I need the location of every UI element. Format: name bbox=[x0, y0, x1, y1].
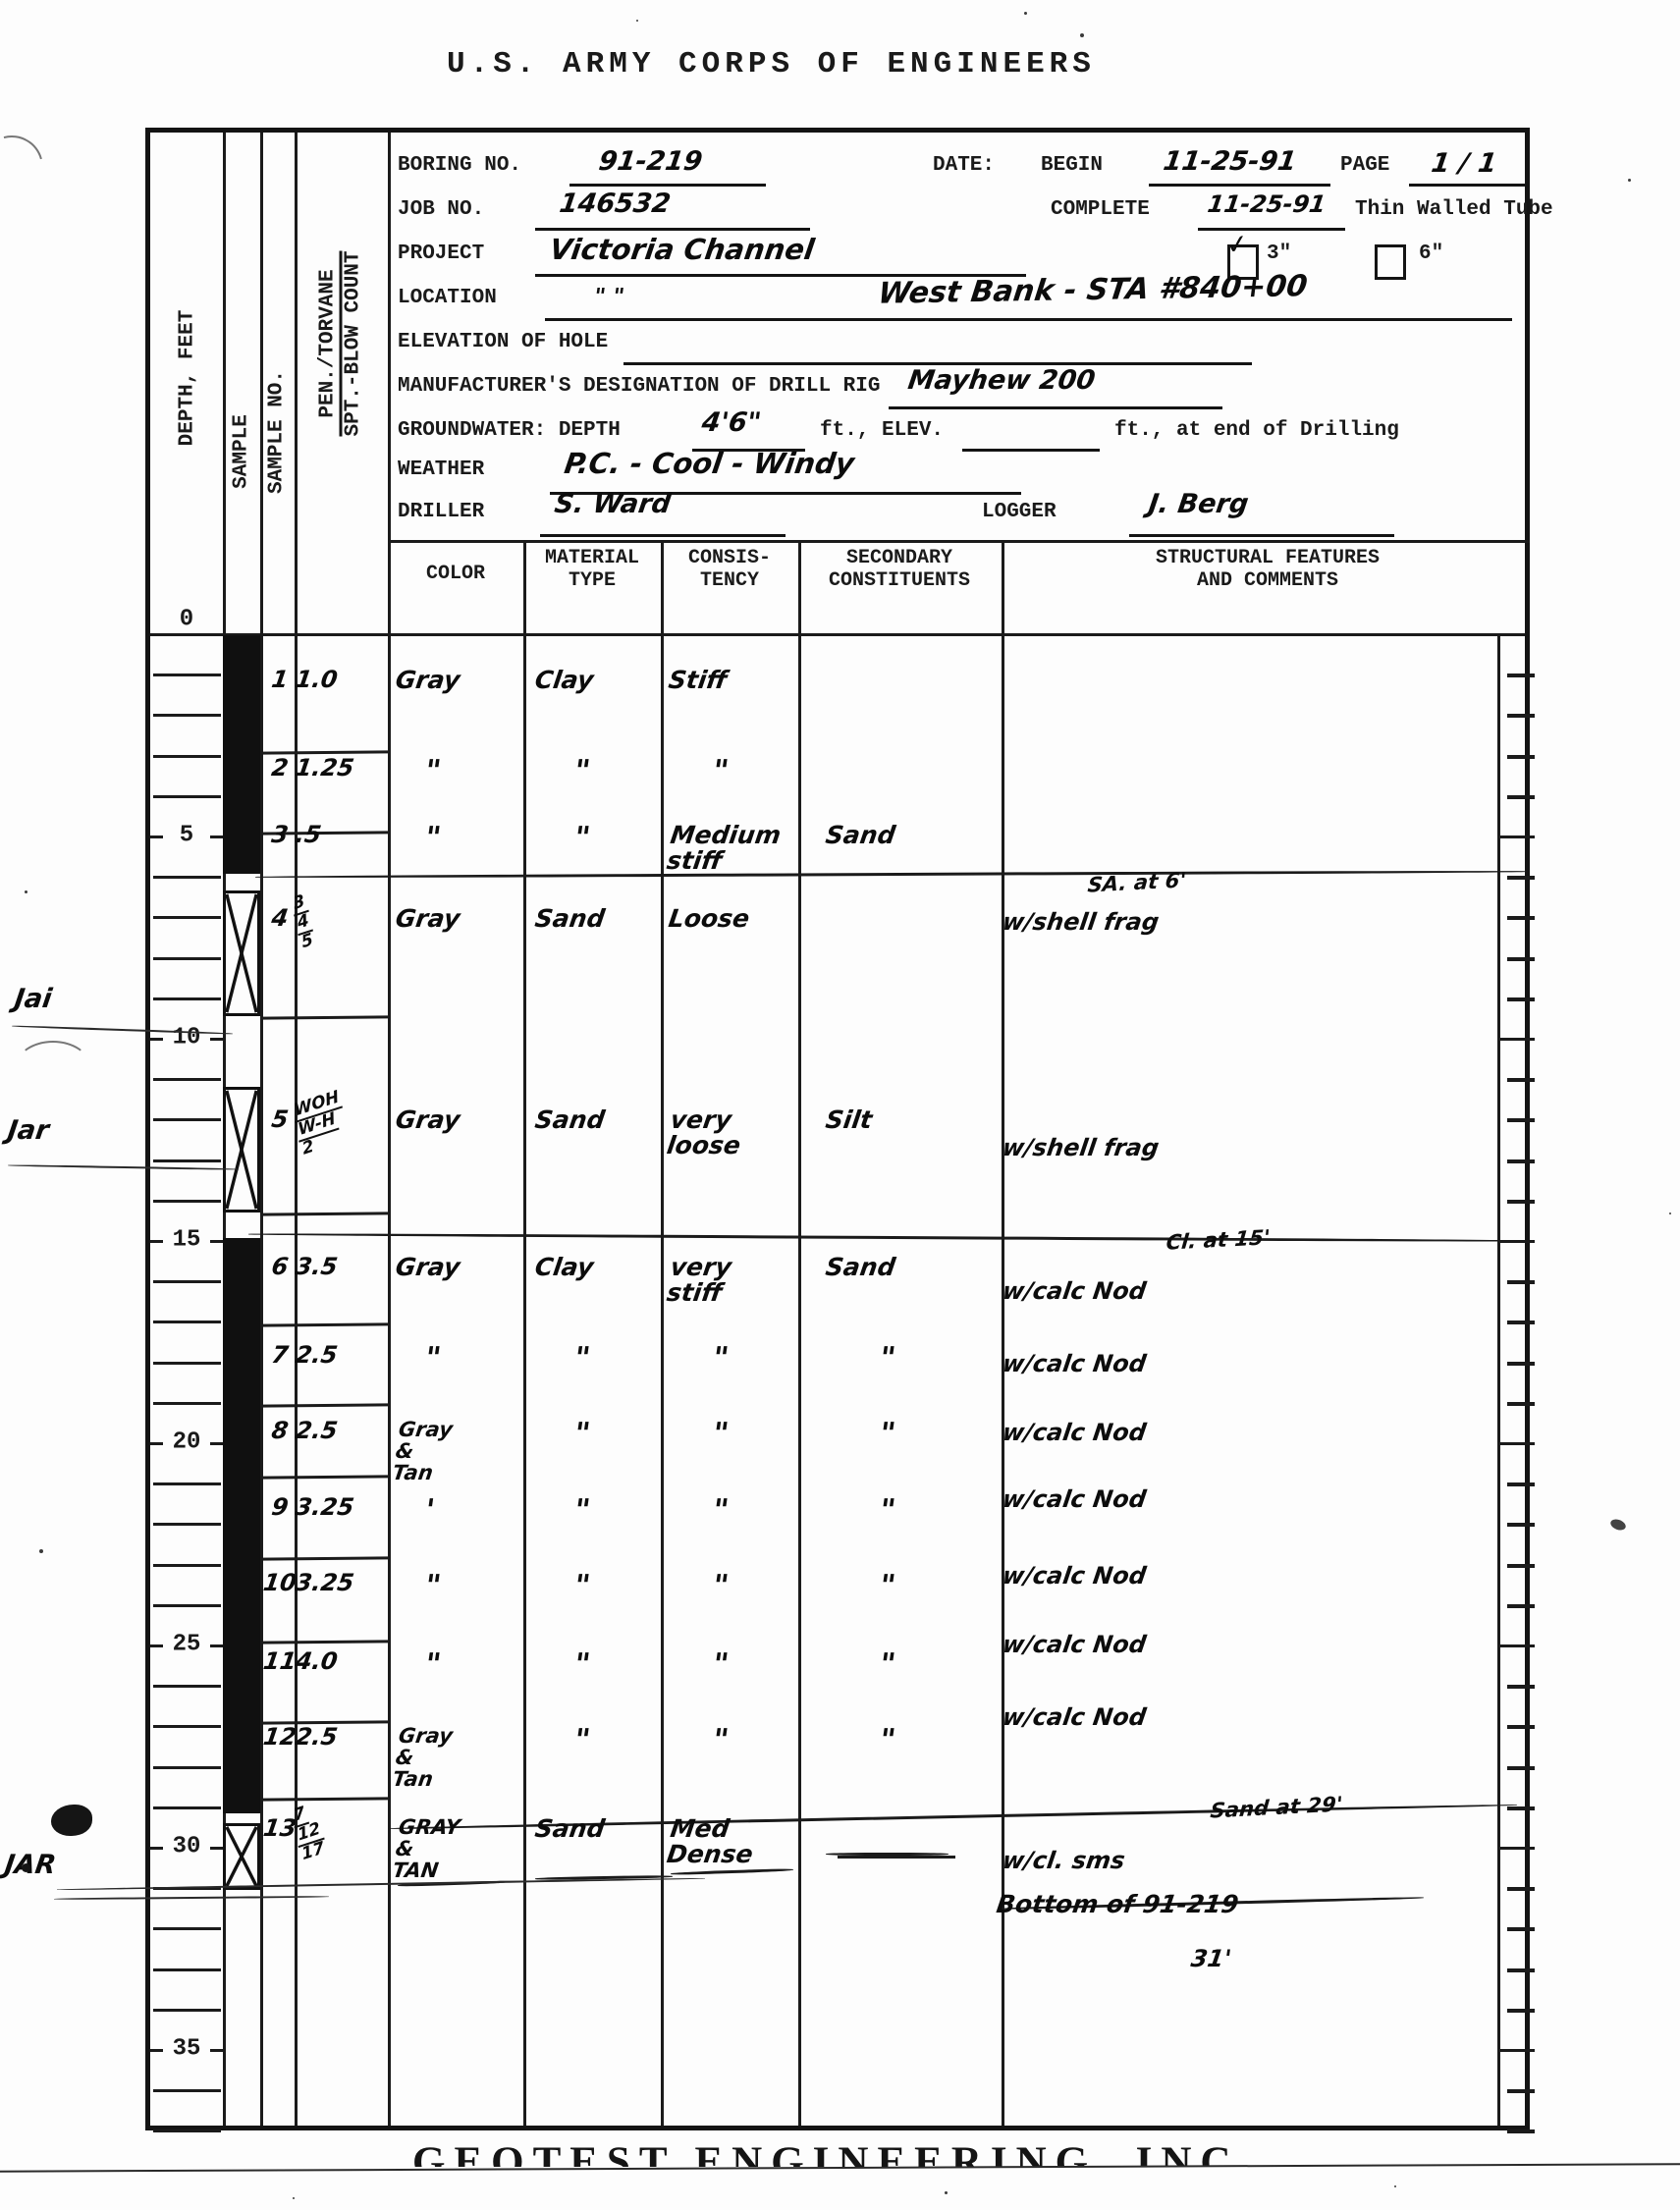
ruler-minor-tick bbox=[1507, 2009, 1535, 2013]
ruler-minor-tick bbox=[1507, 1766, 1535, 1770]
header-row-rule bbox=[388, 540, 1530, 543]
depth-tick-dash bbox=[150, 1847, 163, 1850]
complete-value: 11-25-91 bbox=[1206, 190, 1328, 218]
scan-speck bbox=[1080, 33, 1084, 37]
ruler-major-tick bbox=[1497, 1038, 1535, 1041]
depth-tick bbox=[153, 1927, 221, 1930]
groundwater-label: GROUNDWATER: DEPTH bbox=[398, 419, 621, 442]
header-line-groundwater: GROUNDWATER: DEPTH 4'6" ft., ELEV. ft., … bbox=[388, 419, 1530, 458]
ruler-minor-tick bbox=[1507, 916, 1535, 920]
depth-tick bbox=[153, 1078, 221, 1081]
pencil-arc bbox=[0, 124, 55, 209]
depth-tick bbox=[153, 674, 221, 676]
header-line-rig: MANUFACTURER'S DESIGNATION OF DRILL RIG … bbox=[388, 375, 1530, 414]
sample-cell-rule bbox=[260, 1475, 388, 1479]
pencil-arc bbox=[16, 1041, 90, 1092]
ruler-minor-tick bbox=[1507, 1118, 1535, 1122]
row-secondary: Sand bbox=[824, 823, 985, 848]
depth-tick bbox=[153, 1200, 221, 1203]
row-consistency: " bbox=[667, 1419, 842, 1450]
row-color: Gray bbox=[394, 906, 520, 932]
depth-tick bbox=[153, 1806, 221, 1809]
ruler-minor-tick bbox=[1507, 1280, 1535, 1284]
scan-speck bbox=[1628, 179, 1631, 182]
depth-tick-dash bbox=[210, 1240, 223, 1243]
depth-tick-dash bbox=[210, 835, 223, 838]
strata-line-6ft bbox=[255, 870, 1527, 879]
row-comment: w/calc Nod bbox=[1001, 1487, 1147, 1512]
row-pen-value: 3.25 bbox=[294, 1571, 355, 1595]
row-consistency: " bbox=[667, 1495, 842, 1527]
depth-tick bbox=[153, 1321, 221, 1323]
rig-label: MANUFACTURER'S DESIGNATION OF DRILL RIG bbox=[398, 375, 880, 398]
row-color: Gray & Tan bbox=[391, 1725, 522, 1790]
scan-speck bbox=[293, 2197, 295, 2199]
blowcount-part: 2 bbox=[299, 1138, 318, 1159]
margin-jar-note: Jai bbox=[13, 984, 54, 1014]
column-rule bbox=[1002, 540, 1004, 2126]
ruler-minor-tick bbox=[1507, 1887, 1535, 1891]
ruler-minor-tick bbox=[1507, 1604, 1535, 1608]
column-header-color: COLOR bbox=[426, 563, 485, 585]
sample-x-box bbox=[223, 890, 260, 1016]
depth-tick-dash bbox=[150, 1442, 163, 1445]
ruler-minor-tick bbox=[1507, 2129, 1535, 2133]
sample-cell-rule bbox=[260, 1556, 388, 1560]
row-pen-value: 1.25 bbox=[294, 756, 355, 781]
row-consistency: very stiff bbox=[665, 1255, 799, 1307]
column-header-consistency: CONSIS- TENCY bbox=[688, 547, 771, 592]
depth-tick bbox=[153, 957, 221, 960]
row-comment-total-depth: 31' bbox=[1189, 1947, 1232, 1971]
row-pen-value: .5 bbox=[294, 823, 322, 847]
ruler-minor-tick bbox=[1507, 1321, 1535, 1324]
scan-speck bbox=[1024, 12, 1027, 15]
scan-speck bbox=[1394, 2185, 1396, 2187]
sample-cell-rule bbox=[260, 1640, 388, 1644]
rig-value: Mayhew 200 bbox=[906, 365, 1097, 396]
row-comment: w/shell frag bbox=[1001, 910, 1161, 935]
ruler-column-rule bbox=[1497, 633, 1500, 2126]
ruler-minor-tick bbox=[1507, 1078, 1535, 1082]
sample-cell-rule bbox=[260, 1322, 388, 1326]
row-comment-bottom-of-hole: Bottom of 91-219 bbox=[995, 1892, 1240, 1917]
header-line-driller: DRILLER S. Ward LOGGER J. Berg bbox=[388, 501, 1530, 540]
header-line-boring: BORING NO. 91-219 DATE: BEGIN 11-25-91 P… bbox=[388, 154, 1530, 193]
row-comment: w/shell frag bbox=[1001, 1136, 1161, 1160]
row-comment: w/calc Nod bbox=[1001, 1421, 1147, 1445]
date-label: DATE: bbox=[933, 154, 995, 177]
depth-zero-rule bbox=[150, 633, 1525, 636]
ruler-major-tick bbox=[1497, 1847, 1535, 1850]
row-consistency: " bbox=[667, 1571, 842, 1602]
scan-speck bbox=[945, 2191, 948, 2194]
side-label-sample: SAMPLE bbox=[231, 414, 253, 489]
depth-tick-dash bbox=[150, 835, 163, 838]
elevation-underline bbox=[623, 333, 1252, 365]
ruler-major-tick bbox=[1497, 835, 1535, 838]
sample-x-box bbox=[223, 1823, 260, 1890]
row-color: Gray bbox=[394, 668, 520, 693]
row-color: " bbox=[394, 756, 550, 787]
page-label: PAGE bbox=[1340, 154, 1389, 177]
depth-tick bbox=[153, 714, 221, 717]
depth-tick bbox=[153, 1362, 221, 1365]
ruler-minor-tick bbox=[1507, 1200, 1535, 1204]
thin-walled-tube-label: Thin Walled Tube bbox=[1355, 198, 1553, 221]
row-color: GRAY & TAN bbox=[391, 1816, 522, 1881]
begin-value: 11-25-91 bbox=[1162, 146, 1298, 177]
depth-tick bbox=[153, 997, 221, 1000]
side-label-depth-feet: DEPTH, FEET bbox=[177, 310, 199, 447]
groundwater-elev-label: ft., ELEV. bbox=[820, 419, 944, 442]
footer-clip: GEOTEST ENGINEERING, INC bbox=[412, 2138, 1335, 2167]
row-color: Gray & Tan bbox=[391, 1419, 522, 1483]
ruler-minor-tick bbox=[1507, 1523, 1535, 1527]
row-comment: w/calc Nod bbox=[1001, 1564, 1147, 1589]
depth-label: 5 bbox=[180, 823, 193, 849]
boring-no-label: BORING NO. bbox=[398, 154, 521, 177]
row-pen-value: 1.0 bbox=[294, 668, 339, 692]
row-secondary: Silt bbox=[824, 1107, 985, 1133]
groundwater-depth-value: 4'6" bbox=[700, 407, 763, 438]
ruler-minor-tick bbox=[1507, 1685, 1535, 1689]
sample-tube-bar bbox=[223, 635, 260, 874]
row-pen-blowcount: WOHW-H2 bbox=[291, 1089, 351, 1159]
driller-value: S. Ward bbox=[553, 489, 673, 519]
weather-label: WEATHER bbox=[398, 458, 484, 481]
depth-tick bbox=[153, 1402, 221, 1405]
depth-label: 30 bbox=[173, 1834, 201, 1860]
row-comment: w/cl. sms bbox=[1001, 1849, 1126, 1873]
ruler-minor-tick bbox=[1507, 1402, 1535, 1406]
ruler-minor-tick bbox=[1507, 876, 1535, 880]
row-comment: w/calc Nod bbox=[1001, 1705, 1147, 1730]
ruler-major-tick bbox=[1497, 2049, 1535, 2052]
row-consistency: Stiff bbox=[667, 668, 798, 693]
row-color: " bbox=[394, 1571, 550, 1602]
row-consistency: Med Dense bbox=[665, 1816, 799, 1868]
complete-label: COMPLETE bbox=[1051, 198, 1150, 221]
margin-jar-note: JAR bbox=[3, 1850, 58, 1880]
row-consistency: " bbox=[667, 1343, 842, 1375]
row-material: Sand bbox=[533, 1107, 660, 1133]
row-pen-value: 2.5 bbox=[294, 1725, 339, 1750]
row-material: Clay bbox=[533, 668, 660, 693]
depth-label: 25 bbox=[173, 1632, 201, 1658]
header-line-job: JOB NO. 146532 COMPLETE 11-25-91 Thin Wa… bbox=[388, 198, 1530, 238]
ink-blot bbox=[51, 1805, 92, 1836]
sample-cell-rule bbox=[260, 1212, 388, 1215]
row-pen-value: 2.5 bbox=[294, 1343, 339, 1368]
depth-tick-dash bbox=[210, 1442, 223, 1445]
depth-tick-dash bbox=[210, 1038, 223, 1041]
ruler-minor-tick bbox=[1507, 755, 1535, 759]
row-consistency: " bbox=[667, 756, 842, 787]
location-label: LOCATION bbox=[398, 287, 497, 309]
side-label-pen-spt: PEN./TORVANE SPT.-BLOW COUNT bbox=[317, 250, 365, 436]
row-material: Sand bbox=[533, 906, 660, 932]
strata-line-15ft bbox=[248, 1233, 1530, 1243]
sample-cell-rule bbox=[260, 1403, 388, 1407]
boring-log-form: DEPTH, FEET SAMPLE SAMPLE NO. PEN./TORVA… bbox=[145, 128, 1530, 2130]
depth-tick bbox=[153, 1766, 221, 1769]
depth-tick bbox=[153, 1685, 221, 1688]
depth-tick bbox=[153, 755, 221, 758]
tube-6in-label: 6" bbox=[1419, 243, 1443, 265]
column-header-material-type: MATERIAL TYPE bbox=[545, 547, 639, 592]
tube-3in-checkmark: ✓ bbox=[1224, 229, 1251, 262]
row-color: ' bbox=[394, 1495, 550, 1527]
row-comment: w/calc Nod bbox=[1001, 1279, 1147, 1304]
side-label-sample-no: SAMPLE NO. bbox=[266, 370, 289, 494]
groundwater-end-label: ft., at end of Drilling bbox=[1114, 419, 1399, 442]
row-consistency: " bbox=[667, 1649, 842, 1681]
row-pen-value: 3.25 bbox=[294, 1495, 355, 1520]
ruler-major-tick bbox=[1497, 1644, 1535, 1647]
job-no-label: JOB NO. bbox=[398, 198, 484, 221]
ruler-minor-tick bbox=[1507, 1482, 1535, 1486]
ruler-minor-tick bbox=[1507, 2089, 1535, 2093]
ruler-minor-tick bbox=[1507, 1362, 1535, 1366]
depth-tick bbox=[153, 1604, 221, 1607]
ruler-minor-tick bbox=[1507, 1968, 1535, 1972]
row-color: " bbox=[394, 823, 550, 854]
sample-cell-rule bbox=[260, 1797, 388, 1801]
scanned-boring-log-page: U.S. ARMY CORPS OF ENGINEERS DEPTH, FEET… bbox=[0, 0, 1680, 2210]
column-header-structural-features: STRUCTURAL FEATURES AND COMMENTS bbox=[1156, 547, 1380, 592]
ruler-minor-tick bbox=[1507, 1159, 1535, 1163]
scan-speck bbox=[1669, 1213, 1671, 1214]
tube-6in-checkbox bbox=[1375, 244, 1406, 280]
scan-speck bbox=[25, 890, 27, 893]
begin-label: BEGIN bbox=[1041, 154, 1103, 177]
depth-tick bbox=[153, 916, 221, 919]
row-pen-value: 3.5 bbox=[294, 1255, 339, 1279]
boring-no-value: 91-219 bbox=[597, 146, 704, 177]
ink-dot bbox=[22, 1863, 30, 1872]
ruler-minor-tick bbox=[1507, 674, 1535, 677]
row-secondary-dash bbox=[838, 1856, 955, 1859]
depth-tick-dash bbox=[210, 1847, 223, 1850]
row-consistency: very loose bbox=[665, 1107, 799, 1159]
depth-tick-dash bbox=[150, 1240, 163, 1243]
row-color: " bbox=[394, 1343, 550, 1375]
sample-tube-bar bbox=[223, 1238, 260, 1813]
depth-tick bbox=[153, 1118, 221, 1121]
strata-note: SA. at 6' bbox=[1087, 868, 1187, 896]
depth-tick-dash bbox=[150, 1644, 163, 1647]
depth-tick bbox=[153, 1523, 221, 1526]
scan-speck bbox=[636, 20, 638, 22]
row-secondary: Sand bbox=[824, 1255, 985, 1280]
logger-label: LOGGER bbox=[982, 501, 1057, 523]
depth-label: 0 bbox=[180, 607, 193, 633]
depth-label: 35 bbox=[173, 2036, 201, 2063]
row-material: Clay bbox=[533, 1255, 660, 1280]
depth-tick bbox=[153, 2089, 221, 2092]
ruler-minor-tick bbox=[1507, 1725, 1535, 1729]
depth-tick bbox=[153, 876, 221, 879]
project-value: Victoria Channel bbox=[548, 233, 817, 266]
page-title: U.S. ARMY CORPS OF ENGINEERS bbox=[447, 47, 1096, 81]
logger-value: J. Berg bbox=[1147, 489, 1251, 519]
depth-label: 20 bbox=[173, 1429, 201, 1456]
row-color: Gray bbox=[394, 1107, 520, 1133]
row-material: Sand bbox=[533, 1816, 660, 1842]
groundwater-elev-underline bbox=[962, 419, 1100, 452]
sample-cell-rule bbox=[260, 1015, 388, 1019]
handwritten-underline bbox=[671, 1868, 793, 1875]
depth-tick-dash bbox=[150, 2049, 163, 2052]
depth-tick bbox=[153, 1725, 221, 1728]
side-label-spt-blow-count: SPT.-BLOW COUNT bbox=[343, 250, 365, 436]
margin-jar-note: Jar bbox=[6, 1115, 51, 1146]
header-line-elevation: ELEVATION OF HOLE bbox=[388, 331, 1530, 370]
depth-tick bbox=[153, 2009, 221, 2012]
strata-note: Sand at 29' bbox=[1210, 1793, 1344, 1823]
depth-tick bbox=[153, 1159, 221, 1162]
side-label-pen-torvane: PEN./TORVANE bbox=[317, 250, 343, 436]
ruler-minor-tick bbox=[1507, 1806, 1535, 1810]
ruler-minor-tick bbox=[1507, 957, 1535, 961]
row-color: Gray bbox=[394, 1255, 520, 1280]
row-comment: w/calc Nod bbox=[1001, 1633, 1147, 1657]
depth-tick-dash bbox=[150, 1038, 163, 1041]
ruler-minor-tick bbox=[1507, 1564, 1535, 1568]
footer-company-name: GEOTEST ENGINEERING, INC bbox=[412, 2138, 1335, 2167]
depth-tick bbox=[153, 1564, 221, 1567]
page-value: 1 / 1 bbox=[1430, 148, 1499, 179]
ruler-minor-tick bbox=[1507, 997, 1535, 1001]
location-ditto-marks: " " bbox=[592, 285, 625, 309]
blowcount-part: 5 bbox=[298, 931, 317, 952]
depth-tick bbox=[153, 2129, 221, 2132]
depth-label: 10 bbox=[173, 1025, 201, 1051]
row-consistency: Medium stiff bbox=[665, 823, 799, 875]
ruler-minor-tick bbox=[1507, 714, 1535, 718]
row-consistency: Loose bbox=[667, 906, 798, 932]
depth-tick bbox=[153, 1482, 221, 1485]
elevation-label: ELEVATION OF HOLE bbox=[398, 331, 608, 353]
header-line-location: LOCATION " " West Bank - STA #840+00 bbox=[388, 287, 1530, 326]
driller-label: DRILLER bbox=[398, 501, 484, 523]
row-color: " bbox=[394, 1649, 550, 1681]
row-pen-value: 4.0 bbox=[294, 1649, 339, 1674]
row-pen-value: 2.5 bbox=[294, 1419, 339, 1443]
depth-tick bbox=[153, 1968, 221, 1971]
weather-value: P.C. - Cool - Windy bbox=[563, 447, 857, 480]
job-no-value: 146532 bbox=[558, 189, 673, 219]
row-consistency: " bbox=[667, 1725, 842, 1756]
row-comment: w/calc Nod bbox=[1001, 1352, 1147, 1376]
sample-x-box bbox=[223, 1087, 260, 1213]
depth-tick-dash bbox=[210, 1644, 223, 1647]
column-header-secondary-constituents: SECONDARY CONSTITUENTS bbox=[829, 547, 970, 592]
ruler-minor-tick bbox=[1507, 795, 1535, 799]
scan-speck bbox=[39, 1549, 43, 1553]
ruler-major-tick bbox=[1497, 1442, 1535, 1445]
project-label: PROJECT bbox=[398, 243, 484, 265]
strata-note: Cl. at 15' bbox=[1165, 1225, 1272, 1254]
depth-tick bbox=[153, 795, 221, 798]
scan-smudge bbox=[1609, 1518, 1627, 1533]
depth-label: 15 bbox=[173, 1227, 201, 1254]
depth-tick-dash bbox=[210, 2049, 223, 2052]
depth-tick bbox=[153, 1280, 221, 1283]
ruler-minor-tick bbox=[1507, 1927, 1535, 1931]
tube-3in-label: 3" bbox=[1267, 243, 1291, 265]
